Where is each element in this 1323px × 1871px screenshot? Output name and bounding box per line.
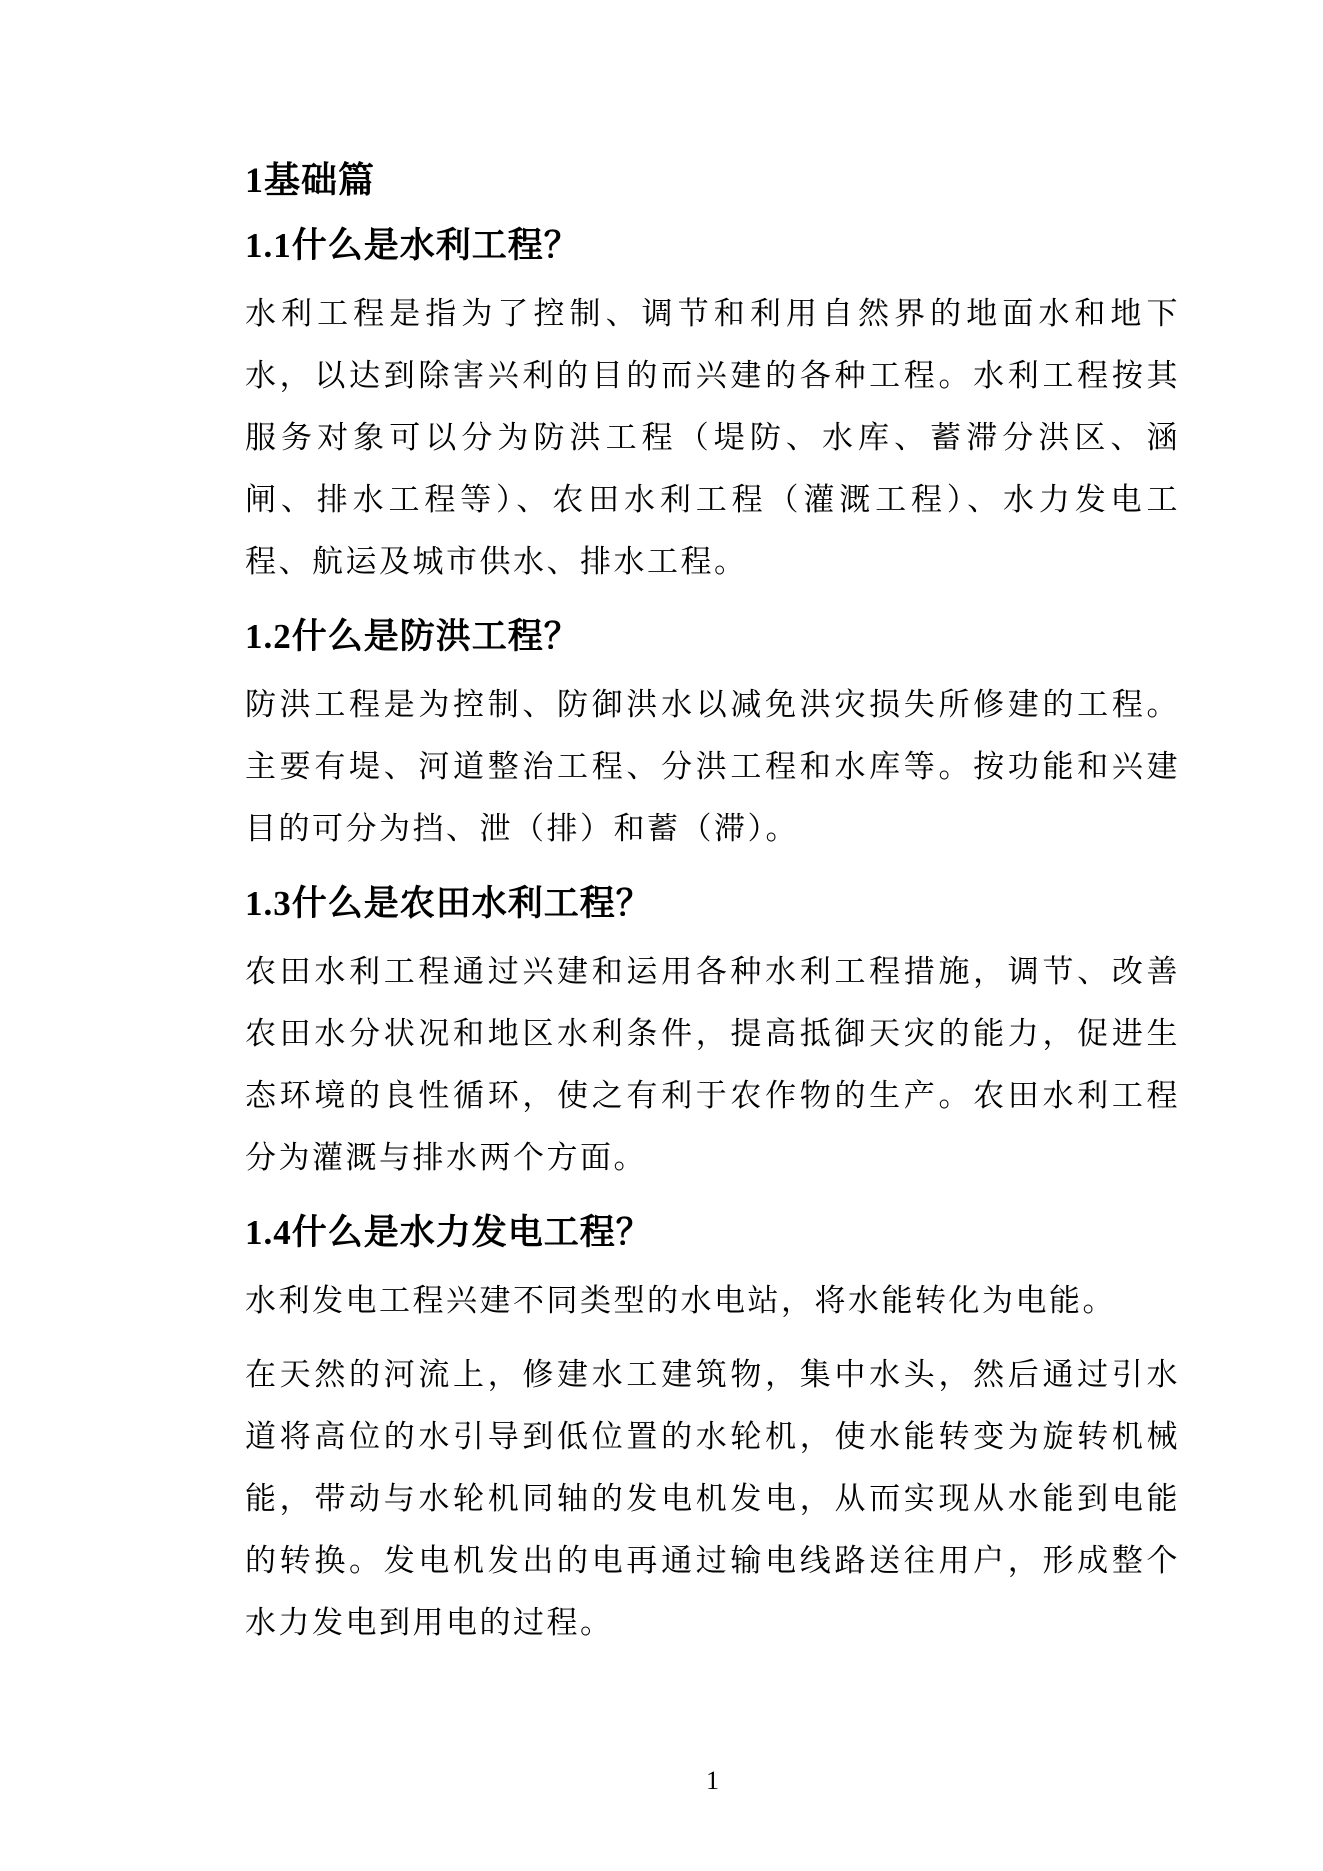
paragraph-hydropower-process: 在天然的河流上，修建水工建筑物，集中水头，然后通过引水道将高位的水引导到低位置的… bbox=[245, 1344, 1180, 1654]
paragraph-flood-control-definition: 防洪工程是为控制、防御洪水以减免洪灾损失所修建的工程。主要有堤、河道整治工程、分… bbox=[245, 674, 1180, 860]
paragraph-hydropower-definition: 水利发电工程兴建不同类型的水电站，将水能转化为电能。 bbox=[245, 1270, 1180, 1332]
section-heading-1-3: 1.3什么是农田水利工程？ bbox=[245, 881, 1180, 927]
document-body: 1基础篇 1.1什么是水利工程？ 水利工程是指为了控制、调节和利用自然界的地面水… bbox=[245, 158, 1180, 1666]
page-number: 1 bbox=[245, 1764, 1180, 1798]
paragraph-farmland-irrigation-definition: 农田水利工程通过兴建和运用各种水利工程措施，调节、改善农田水分状况和地区水利条件… bbox=[245, 941, 1180, 1189]
document-page: 1基础篇 1.1什么是水利工程？ 水利工程是指为了控制、调节和利用自然界的地面水… bbox=[0, 0, 1323, 1871]
chapter-title: 1基础篇 bbox=[245, 158, 1180, 202]
section-heading-1-2: 1.2什么是防洪工程？ bbox=[245, 614, 1180, 660]
section-heading-1-4: 1.4什么是水力发电工程？ bbox=[245, 1210, 1180, 1256]
paragraph-water-conservancy-definition: 水利工程是指为了控制、调节和利用自然界的地面水和地下水，以达到除害兴利的目的而兴… bbox=[245, 283, 1180, 593]
section-heading-1-1: 1.1什么是水利工程？ bbox=[245, 223, 1180, 269]
